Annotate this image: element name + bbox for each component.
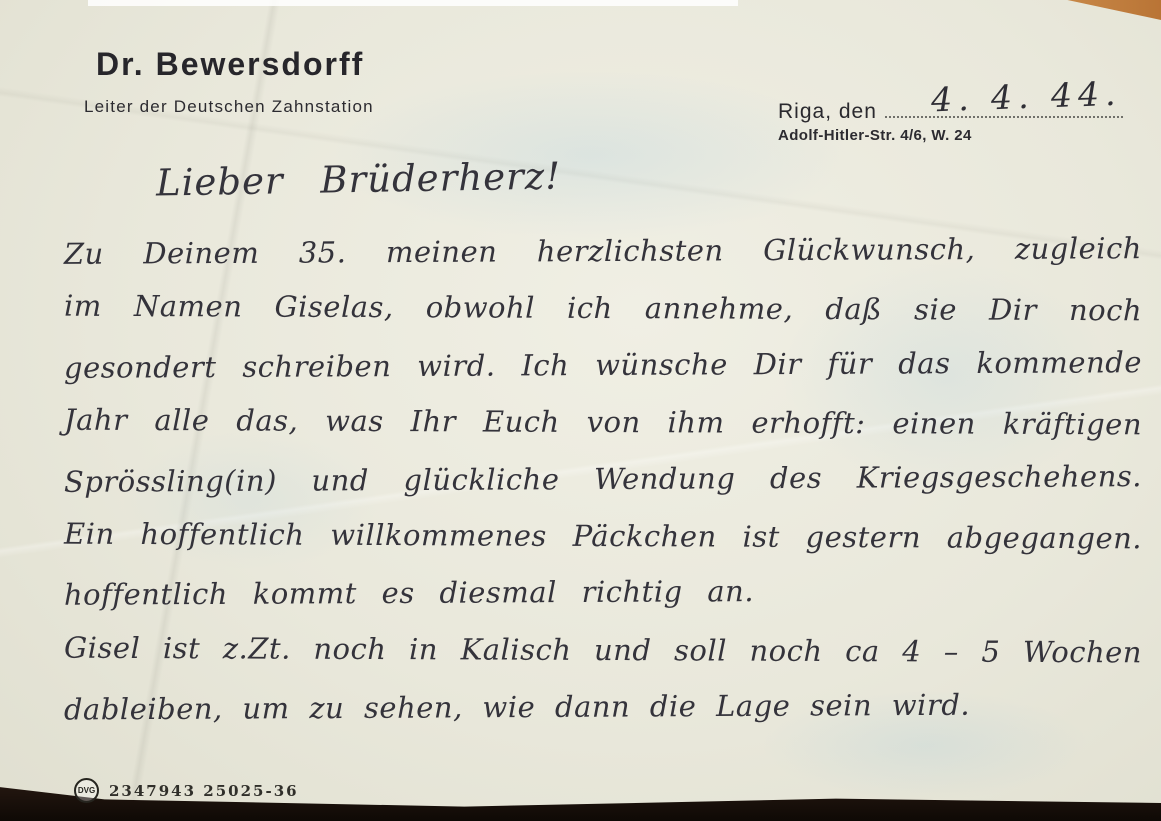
handwriting-line: Zu Deinem 35. meinen herzlichsten Glückw… xyxy=(64,231,1142,294)
place-date-label: Riga, den xyxy=(778,100,877,123)
date-dotted-rule: 4. 4. 44. xyxy=(885,84,1123,118)
paper-stain xyxy=(330,70,850,240)
handwriting-line: hoffentlich kommt es diesmal richtig an. xyxy=(64,574,714,634)
handwriting-line: dableiben, um zu sehen, wie dann die Lag… xyxy=(64,688,1004,750)
letterhead-address: Adolf-Hitler-Str. 4/6, W. 24 xyxy=(778,127,1138,144)
printer-imprint: DVG 2347943 25025-36 xyxy=(74,778,299,803)
salutation: Lieber Brüderherz! xyxy=(156,154,562,204)
letter-photo: Dr. Bewersdorff Leiter der Deutschen Zah… xyxy=(0,0,1161,821)
handwriting-line: Ein hoffentlich willkommenes Päckchen is… xyxy=(64,517,1142,579)
handwriting-line: gesondert schreiben wird. Ich wünsche Di… xyxy=(64,345,1142,408)
handwriting-line: Jahr alle das, was Ihr Euch von ihm erho… xyxy=(64,403,1142,465)
letter-body: Zu Deinem 35. meinen herzlichsten Glückw… xyxy=(64,234,1142,747)
dvg-logo-icon: DVG xyxy=(74,778,99,803)
letterhead-subtitle: Leiter der Deutschen Zahnstation xyxy=(84,97,374,117)
letterhead-name: Dr. Bewersdorff xyxy=(96,46,364,83)
photo-corner-top-right xyxy=(1057,0,1161,20)
dateline: Riga, den4. 4. 44. Adolf-Hitler-Str. 4/6… xyxy=(778,84,1138,144)
print-code: 2347943 25025-36 xyxy=(109,782,299,800)
handwriting-line: Gisel ist z.Zt. noch in Kalisch und soll… xyxy=(64,631,1142,693)
handwritten-date: 4. 4. 44. xyxy=(930,74,1122,120)
handwriting-line: im Namen Giselas, obwohl ich annehme, da… xyxy=(64,289,1142,351)
handwriting-line: Sprössling(in) und glückliche Wendung de… xyxy=(64,459,1142,522)
photo-edge-top xyxy=(88,0,738,6)
